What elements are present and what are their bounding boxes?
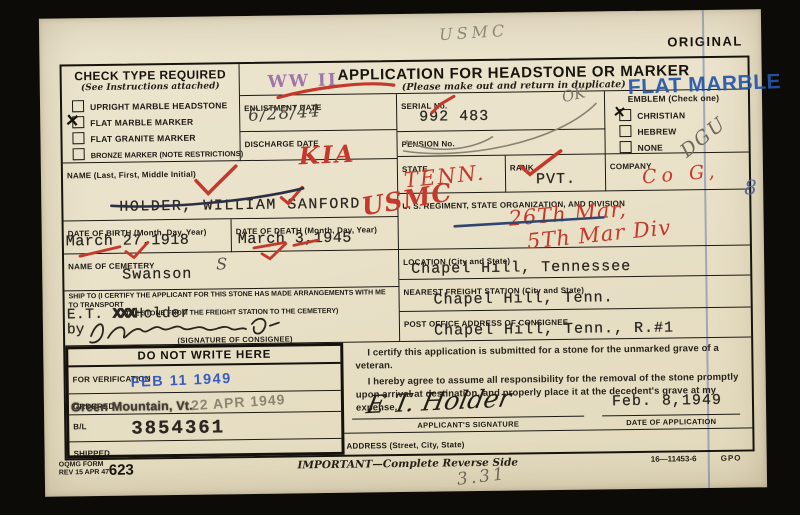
emblem-box: EMBLEM (Check one) ✕ CHRISTIAN HEBREW NO… xyxy=(605,89,749,154)
location-value: Chapel Hill, Tennessee xyxy=(411,258,631,278)
checkbox-none xyxy=(620,141,632,153)
x-mark-icon: ✕ xyxy=(612,104,627,120)
applicant-signature-block: E T. Holder xyxy=(354,384,584,417)
top-pencil-note: USMC xyxy=(439,23,509,43)
application-date-label: DATE OF APPLICATION xyxy=(602,417,740,428)
option-none: NONE xyxy=(620,140,686,153)
option-christian: ✕ CHRISTIAN xyxy=(619,108,685,121)
date-of-birth-value: March 27,1918 xyxy=(66,232,190,251)
freight-station-value: Chapel Hill, Tenn. xyxy=(434,289,614,308)
form-number: 623 xyxy=(109,462,134,479)
checkbox-hebrew xyxy=(619,125,631,137)
checkbox-christian: ✕ xyxy=(619,109,631,121)
applicant-signature-value: E T. Holder xyxy=(364,380,587,419)
address-label: ADDRESS (Street, City, State) xyxy=(346,440,464,451)
applicant-signature-label: APPLICANT'S SIGNATURE xyxy=(352,419,584,431)
cemetery-name-box: NAME OF CEMETERY Swanson S xyxy=(64,250,399,291)
footer-pencil-note: 3.31 xyxy=(456,466,508,489)
consignee-address-value: Chapel Hill, Tenn., R.#1 xyxy=(434,319,674,339)
verification-date-stamp: FEB 11 1949 xyxy=(130,371,232,391)
rank-value: PVT. xyxy=(536,171,576,189)
freight-station-box: NEAREST FREIGHT STATION (City and State)… xyxy=(399,275,750,312)
consignee-address-box: POST OFFICE ADDRESS OF CONSIGNEE Chapel … xyxy=(400,307,751,342)
date-of-death-box: DATE OF DEATH (Month, Day, Year) March 3… xyxy=(232,217,399,252)
option-upright-marble: UPRIGHT MARBLE HEADSTONE xyxy=(72,98,243,112)
original-label: ORIGINAL xyxy=(667,34,743,50)
ship-to-box: SHIP TO (I CERTIFY THE APPLICANT FOR THI… xyxy=(64,287,400,346)
verification-row: FOR VERIFICATION FEB 11 1949 xyxy=(68,365,340,395)
application-date-value: Feb. 8,1949 xyxy=(612,392,722,410)
pension-number-label: PENSION No. xyxy=(402,139,455,149)
do-not-write-box: DO NOT WRITE HERE FOR VERIFICATION FEB 1… xyxy=(65,343,344,459)
check-type-box: CHECK TYPE REQUIRED (See Instructions at… xyxy=(62,64,241,163)
ship-to-by: by xyxy=(67,322,85,338)
enlistment-date-value: 6/28/44 xyxy=(248,103,322,125)
form-id-block: OQMG FORM REV 15 APR 47 xyxy=(59,461,110,478)
gpo-label: GPO xyxy=(721,454,742,463)
ww2-stamp: WW II xyxy=(267,70,338,92)
rank-label: RANK xyxy=(510,163,534,172)
application-form: CHECK TYPE REQUIRED (See Instructions at… xyxy=(60,55,755,460)
shipped-row: SHIPPED xyxy=(69,439,341,461)
checkbox-bronze xyxy=(73,148,85,160)
date-of-death-value: March 3,1945 xyxy=(238,230,352,248)
option-hebrew: HEBREW xyxy=(619,124,685,137)
discharge-date-value: KIA xyxy=(298,142,356,169)
checkbox-flat-marble: ✕ xyxy=(72,116,84,128)
ordered-date-stamp: 22 APR 1949 xyxy=(191,391,286,413)
address-row: ADDRESS (Street, City, State) xyxy=(344,427,754,453)
option-bronze: BRONZE MARKER (NOTE RESTRICTIONS) xyxy=(73,146,244,160)
ship-to-typed-name: E.T. XXXHolder xyxy=(67,306,190,324)
bl-value: 3854361 xyxy=(131,416,225,439)
serial-number-value: 992 483 xyxy=(419,108,489,126)
ordered-location-stamp: Green Mountain, Vt. xyxy=(71,399,193,415)
form-id-line2: REV 15 APR 47 xyxy=(59,469,109,478)
certification-line1: I certify this application is submitted … xyxy=(355,342,743,374)
do-not-write-title: DO NOT WRITE HERE xyxy=(68,346,340,368)
name-box: NAME (Last, First, Middle Initial) HOLDE… xyxy=(63,159,399,221)
location-box: LOCATION (City and State) Chapel Hill, T… xyxy=(399,245,750,280)
certification-area: I certify this application is submitted … xyxy=(343,337,752,454)
serial-number-box: SERIAL No. 992 483 OK xyxy=(397,91,605,132)
check-type-subtitle: (See Instructions attached) xyxy=(62,81,239,93)
enlistment-date-box: ENLISTMENT DATE 6/28/44 xyxy=(240,94,397,132)
margin-pencil-note: 8 xyxy=(744,175,757,199)
cemetery-pencil-note: S xyxy=(216,256,227,272)
cemetery-name-value: Swanson xyxy=(122,266,192,284)
checkbox-flat-granite xyxy=(72,132,84,144)
scanned-document-page: USMC ORIGINAL CHECK TYPE REQUIRED (See I… xyxy=(0,0,800,515)
name-label: NAME (Last, First, Middle Initial) xyxy=(67,170,196,181)
rank-box: RANK PVT. xyxy=(506,154,606,192)
company-value: Co G, xyxy=(641,162,720,187)
discharge-date-box: DISCHARGE DATE KIA xyxy=(240,130,397,161)
serial-ok-note: OK xyxy=(561,85,587,105)
option-flat-granite: FLAT GRANITE MARKER xyxy=(72,130,243,144)
company-box: COMPANY Co G, xyxy=(606,152,749,191)
struck-text: XXX xyxy=(113,307,135,323)
date-of-birth-box: DATE OF BIRTH (Month, Day, Year) March 2… xyxy=(64,219,232,254)
emblem-label: EMBLEM (Check one) xyxy=(605,94,742,106)
bl-row: B/L 3854361 xyxy=(69,412,341,443)
option-flat-marble: ✕ FLAT MARBLE MARKER xyxy=(72,114,243,128)
print-code: 16—11453-6 xyxy=(651,454,697,464)
headstone-application-card: USMC ORIGINAL CHECK TYPE REQUIRED (See I… xyxy=(39,9,767,496)
shipped-label: SHIPPED xyxy=(74,449,111,458)
pension-number-box: PENSION No. xyxy=(397,129,605,157)
name-value: HOLDER, WILLIAM SANFORD xyxy=(119,196,361,216)
x-mark-icon: ✕ xyxy=(64,112,80,130)
bl-label: B/L xyxy=(73,422,87,431)
